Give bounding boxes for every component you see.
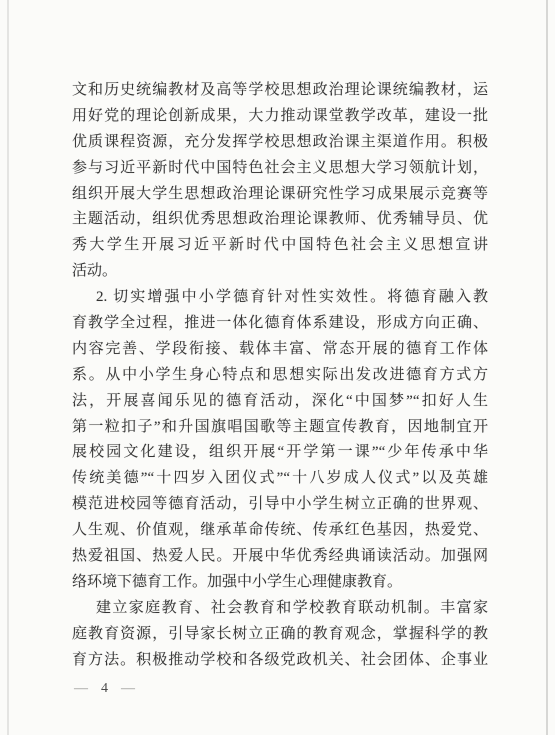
text-line: 人生观、价值观，继承革命传统、传承红色基因，热爱党、 bbox=[72, 518, 488, 544]
footer-left-dash: — bbox=[74, 680, 88, 698]
text-line: 法，开展喜闻乐见的德育活动，深化“中国梦”“扣好人生 bbox=[72, 389, 488, 415]
text-line: 组织开展大学生思想政治理论课研究性学习成果展示竞赛等 bbox=[72, 182, 488, 208]
text-line: 庭教育资源，引导家长树立正确的教育观念，掌握科学的教 bbox=[72, 622, 488, 648]
text-line: 育教学全过程，推进一体化德育体系建设，形成方向正确、 bbox=[72, 311, 488, 337]
scan-edge-left bbox=[7, 0, 9, 735]
text-line: 育方法。积极推动学校和各级党政机关、社会团体、企事业 bbox=[72, 648, 488, 674]
text-line: 系。从中小学生身心特点和思想实际出发改进德育方式方 bbox=[72, 363, 488, 389]
page-number-footer: — 4 — bbox=[74, 680, 135, 698]
text-line: 传统美德”“十四岁入团仪式”“十八岁成人仪式”以及英雄 bbox=[72, 466, 488, 492]
text-line: 2. 切实增强中小学德育针对性实效性。将德育融入教 bbox=[72, 285, 488, 311]
text-line: 文和历史统编教材及高等学校思想政治理论课统编教材，运 bbox=[72, 78, 488, 104]
scan-edge-right bbox=[546, 0, 548, 735]
text-line: 建立家庭教育、社会教育和学校教育联动机制。丰富家 bbox=[72, 596, 488, 622]
body-text: 文和历史统编教材及高等学校思想政治理论课统编教材，运用好党的理论创新成果，大力推… bbox=[72, 78, 488, 673]
text-line: 优质课程资源，充分发挥学校思想政治课主渠道作用。积极 bbox=[72, 130, 488, 156]
text-line: 模范进校园等德育活动，引导中小学生树立正确的世界观、 bbox=[72, 492, 488, 518]
text-line: 活动。 bbox=[72, 259, 488, 285]
text-line: 主题活动，组织优秀思想政治理论课教师、优秀辅导员、优 bbox=[72, 207, 488, 233]
text-line: 络环境下德育工作。加强中小学生心理健康教育。 bbox=[72, 570, 488, 596]
text-line: 内容完善、学段衔接、载体丰富、常态开展的德育工作体 bbox=[72, 337, 488, 363]
text-line: 第一粒扣子”和升国旗唱国歌等主题宣传教育，因地制宜开 bbox=[72, 415, 488, 441]
text-line: 参与习近平新时代中国特色社会主义思想大学习领航计划， bbox=[72, 156, 488, 182]
scanned-document-page: 文和历史统编教材及高等学校思想政治理论课统编教材，运用好党的理论创新成果，大力推… bbox=[0, 0, 555, 735]
text-line: 热爱祖国、热爱人民。开展中华优秀经典诵读活动。加强网 bbox=[72, 544, 488, 570]
text-line: 展校园文化建设，组织开展“开学第一课”“少年传承中华 bbox=[72, 440, 488, 466]
page-number: 4 bbox=[101, 680, 108, 698]
text-line: 秀大学生开展习近平新时代中国特色社会主义思想宣讲 bbox=[72, 233, 488, 259]
footer-right-dash: — bbox=[121, 680, 135, 698]
text-line: 用好党的理论创新成果，大力推动课堂教学改革，建设一批 bbox=[72, 104, 488, 130]
